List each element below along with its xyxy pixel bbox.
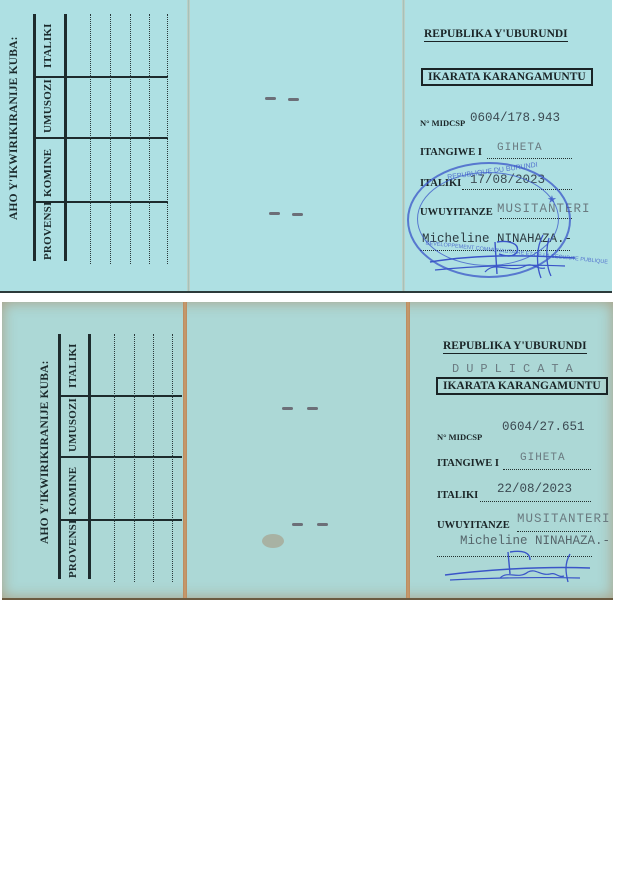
country-heading: REPUBLIKA Y'UBURUNDI bbox=[424, 28, 568, 42]
issuer-label: UWUYITANZE bbox=[437, 520, 510, 531]
card-title: IKARATA KARANGAMUNTU bbox=[436, 377, 608, 395]
staple bbox=[292, 523, 303, 526]
issued-at-value: GIHETA bbox=[497, 142, 543, 154]
number-label: N° MIDCSP bbox=[437, 432, 482, 442]
column-italiki: ITALIKI bbox=[42, 23, 54, 68]
entry-line bbox=[149, 14, 150, 264]
signature bbox=[440, 550, 605, 590]
stamp-star-icon: ★ bbox=[547, 193, 557, 206]
column-umusozi: UMUSOZI bbox=[67, 398, 79, 452]
issuer-title: MUSITANTERI bbox=[517, 512, 611, 526]
residence-panel: AHO Y'IKWIRIKIRANIJE KUBA: ITALIKI UMUSO… bbox=[0, 0, 187, 291]
column-provensi: PROVENSI bbox=[42, 202, 54, 260]
entry-line bbox=[167, 14, 168, 264]
residence-panel: AHO Y'IKWIRIKIRANIJE KUBA: ITALIKI UMUSO… bbox=[2, 302, 183, 598]
signature bbox=[425, 230, 585, 280]
id-card-duplicate: AHO Y'IKWIRIKIRANIJE KUBA: ITALIKI UMUSO… bbox=[2, 302, 613, 600]
date-label: ITALIKI bbox=[437, 490, 478, 501]
issued-at-value: GIHETA bbox=[520, 452, 566, 464]
staple bbox=[269, 212, 280, 215]
column-komine: KOMINE bbox=[42, 149, 54, 197]
staple bbox=[292, 213, 303, 216]
issuer-name: Micheline NINAHAZA.- bbox=[460, 534, 610, 548]
residence-title: AHO Y'IKWIRIKIRANIJE KUBA: bbox=[8, 36, 20, 220]
column-komine: KOMINE bbox=[67, 467, 79, 515]
identity-panel: REPUBLIKA Y'UBURUNDI IKARATA KARANGAMUNT… bbox=[405, 0, 612, 291]
issued-at-label: ITANGIWE I bbox=[420, 147, 482, 158]
entry-line bbox=[90, 14, 91, 264]
duplicate-mark: DUPLICATA bbox=[452, 362, 580, 376]
spine-panel bbox=[190, 0, 402, 291]
card-title: IKARATA KARANGAMUNTU bbox=[421, 68, 593, 86]
residence-title: AHO Y'IKWIRIKIRANIJE KUBA: bbox=[39, 360, 51, 544]
staple bbox=[307, 407, 318, 410]
spine-panel bbox=[187, 302, 406, 598]
staple bbox=[317, 523, 328, 526]
date-value: 22/08/2023 bbox=[497, 482, 572, 496]
entry-line bbox=[110, 14, 111, 264]
entry-line bbox=[114, 334, 115, 582]
number-value: 0604/27.651 bbox=[502, 420, 585, 434]
entry-line bbox=[172, 334, 173, 582]
column-italiki: ITALIKI bbox=[67, 343, 79, 388]
number-label: N° MIDCSP bbox=[420, 118, 465, 128]
staple bbox=[282, 407, 293, 410]
staple bbox=[288, 98, 299, 101]
column-umusozi: UMUSOZI bbox=[42, 79, 54, 133]
id-card-original: AHO Y'IKWIRIKIRANIJE KUBA: ITALIKI UMUSO… bbox=[0, 0, 612, 293]
entry-line bbox=[153, 334, 154, 582]
column-provensi: PROVENSI bbox=[67, 520, 79, 578]
entry-line bbox=[134, 334, 135, 582]
number-value: 0604/178.943 bbox=[470, 111, 560, 125]
stain bbox=[262, 534, 284, 548]
identity-panel: REPUBLIKA Y'UBURUNDI DUPLICATA IKARATA K… bbox=[410, 302, 613, 598]
issued-at-label: ITANGIWE I bbox=[437, 458, 499, 469]
entry-line bbox=[130, 14, 131, 264]
staple bbox=[265, 97, 276, 100]
country-heading: REPUBLIKA Y'UBURUNDI bbox=[443, 340, 587, 354]
